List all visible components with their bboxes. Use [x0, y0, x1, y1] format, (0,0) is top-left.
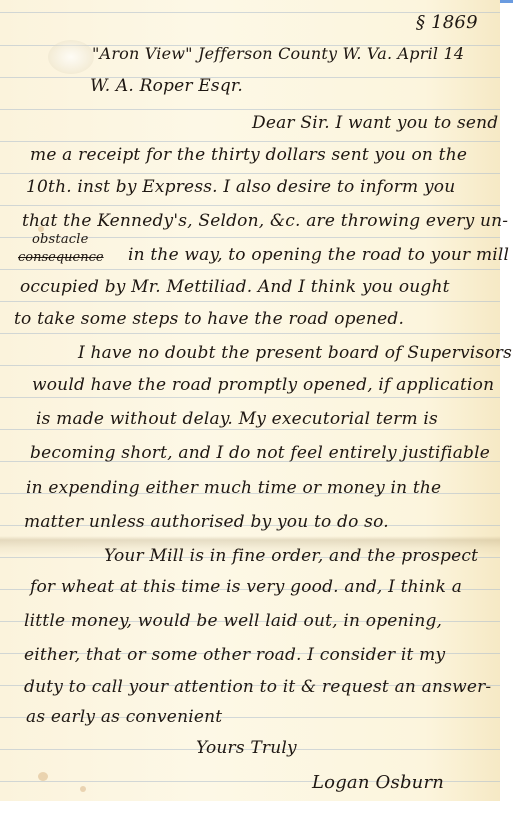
body-line: I have no doubt the present board of Sup…	[78, 343, 512, 363]
body-line: occupied by Mr. Mettiliad. And I think y…	[20, 277, 450, 297]
body-line: 10th. inst by Express. I also desire to …	[26, 177, 455, 197]
year-note: § 1869	[416, 12, 478, 33]
signature: Logan Osburn	[312, 772, 444, 793]
body-line: as early as convenient	[26, 707, 222, 727]
body-line: in the way, to opening the road to your …	[128, 245, 509, 265]
body-line: duty to call your attention to it & requ…	[24, 677, 491, 697]
body-line: little money, would be well laid out, in…	[24, 611, 442, 631]
body-line: is made without delay. My executorial te…	[36, 409, 438, 429]
letter-page: § 1869 "Aron View" Jefferson County W. V…	[0, 0, 500, 801]
body-line: either, that or some other road. I consi…	[24, 645, 445, 665]
closing: Yours Truly	[196, 738, 297, 758]
paper-stain	[38, 772, 48, 781]
struck-word: consequence	[18, 250, 104, 265]
body-line: that the Kennedy's, Seldon, &c. are thro…	[22, 211, 508, 231]
embossed-seal	[48, 40, 94, 74]
insertion-word: obstacle	[32, 232, 89, 247]
letter-heading: "Aron View" Jefferson County W. Va. Apri…	[92, 44, 464, 63]
body-line: Dear Sir. I want you to send	[252, 113, 498, 133]
body-line: becoming short, and I do not feel entire…	[30, 443, 490, 463]
body-line: matter unless authorised by you to do so…	[24, 512, 389, 532]
salutee: W. A. Roper Esqr.	[90, 76, 243, 96]
body-line: in expending either much time or money i…	[26, 478, 441, 498]
body-line: would have the road promptly opened, if …	[32, 375, 494, 395]
corner-strip	[498, 0, 513, 3]
body-line: Your Mill is in fine order, and the pros…	[104, 546, 478, 566]
body-line: to take some steps to have the road open…	[14, 309, 404, 329]
paper-stain	[80, 786, 86, 792]
body-line: me a receipt for the thirty dollars sent…	[30, 145, 467, 165]
body-line: for wheat at this time is very good. and…	[30, 577, 462, 597]
